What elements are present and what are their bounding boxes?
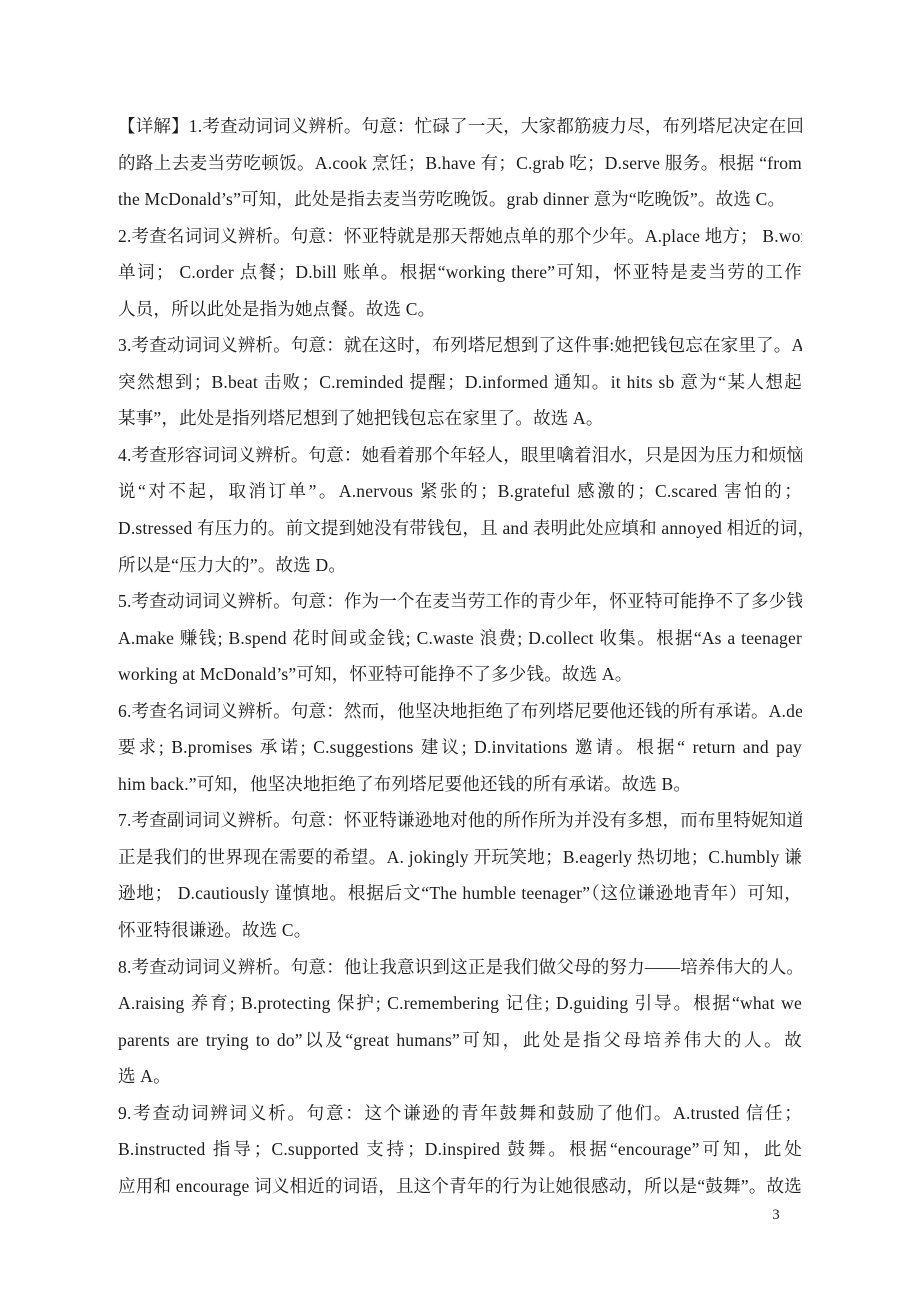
- text-line: 4.考查形容词词义辨析。句意：她看着那个年轻人，眼里噙着泪水，只是因为压力和烦恼…: [118, 437, 802, 474]
- document-page: 【详解】1.考查动词词义辨析。句意：忙碌了一天，大家都筋疲力尽，布列塔尼决定在回…: [0, 0, 920, 1302]
- text-line: 正是我们的世界现在需要的希望。A. jokingly 开玩笑地；B.eagerl…: [118, 839, 802, 876]
- text-line: 3.考查动词词义辨析。句意：就在这时，布列塔尼想到了这件事:她把钱包忘在家里了。…: [118, 327, 802, 364]
- text-line: 8.考查动词词义辨析。句意：他让我意识到这正是我们做父母的努力——培养伟大的人。: [118, 949, 802, 986]
- text-line: 要求; B.promises 承诺; C.suggestions 建议; D.i…: [118, 729, 802, 766]
- text-line: 9.考查动词辨词义析。句意：这个谦逊的青年鼓舞和鼓励了他们。A.trusted …: [118, 1095, 802, 1132]
- text-line: 怀亚特很谦逊。故选 C。: [118, 912, 802, 949]
- text-line: 应用和 encourage 词义相近的词语，且这个青年的行为让她很感动，所以是“…: [118, 1168, 802, 1205]
- text-line: 7.考查副词词义辨析。句意：怀亚特谦逊地对他的所作所为并没有多想，而布里特妮知道…: [118, 802, 802, 839]
- text-line: parents are trying to do”以及“great humans…: [118, 1022, 802, 1059]
- text-line: 6.考查名词词义辨析。句意：然而，他坚决地拒绝了布列塔尼要他还钱的所有承诺。A.…: [118, 693, 802, 730]
- text-line: 某事”，此处是指列塔尼想到了她把钱包忘在家里了。故选 A。: [118, 400, 802, 437]
- text-line: 说“对不起，取消订单”。A.nervous 紧张的；B.grateful 感激的…: [118, 473, 802, 510]
- text-line: 突然想到；B.beat 击败；C.reminded 提醒；D.informed …: [118, 364, 802, 401]
- text-line: B.instructed 指导；C.supported 支持；D.inspire…: [118, 1131, 802, 1168]
- text-line: D.stressed 有压力的。前文提到她没有带钱包，且 and 表明此处应填和…: [118, 510, 802, 547]
- text-line: 所以是“压力大的”。故选 D。: [118, 547, 802, 584]
- text-line: A.raising 养育; B.protecting 保护; C.remembe…: [118, 985, 802, 1022]
- text-line: 单词； C.order 点餐；D.bill 账单。根据“working ther…: [118, 254, 802, 291]
- text-line: 选 A。: [118, 1058, 802, 1095]
- text-line: 的路上去麦当劳吃顿饭。A.cook 烹饪；B.have 有；C.grab 吃；D…: [118, 145, 802, 182]
- text-line: the McDonald’s”可知，此处是指去麦当劳吃晚饭。grab dinne…: [118, 181, 802, 218]
- text-line: A.make 赚钱; B.spend 花时间或金钱; C.waste 浪费; D…: [118, 620, 802, 657]
- page-number: 3: [764, 1200, 788, 1230]
- document-body: 【详解】1.考查动词词义辨析。句意：忙碌了一天，大家都筋疲力尽，布列塔尼决定在回…: [118, 108, 802, 1204]
- text-line: 人员，所以此处是指为她点餐。故选 C。: [118, 291, 802, 328]
- text-line: 2.考查名词词义辨析。句意：怀亚特就是那天帮她点单的那个少年。A.place 地…: [118, 218, 802, 255]
- text-line: working at McDonald’s”可知，怀亚特可能挣不了多少钱。故选 …: [118, 656, 802, 693]
- text-line: him back.”可知，他坚决地拒绝了布列塔尼要他还钱的所有承诺。故选 B。: [118, 766, 802, 803]
- text-line: 【详解】1.考查动词词义辨析。句意：忙碌了一天，大家都筋疲力尽，布列塔尼决定在回…: [118, 108, 802, 145]
- text-line: 5.考查动词词义辨析。句意：作为一个在麦当劳工作的青少年，怀亚特可能挣不了多少钱…: [118, 583, 802, 620]
- text-line: 逊地； D.cautiously 谨慎地。根据后文“The humble tee…: [118, 875, 802, 912]
